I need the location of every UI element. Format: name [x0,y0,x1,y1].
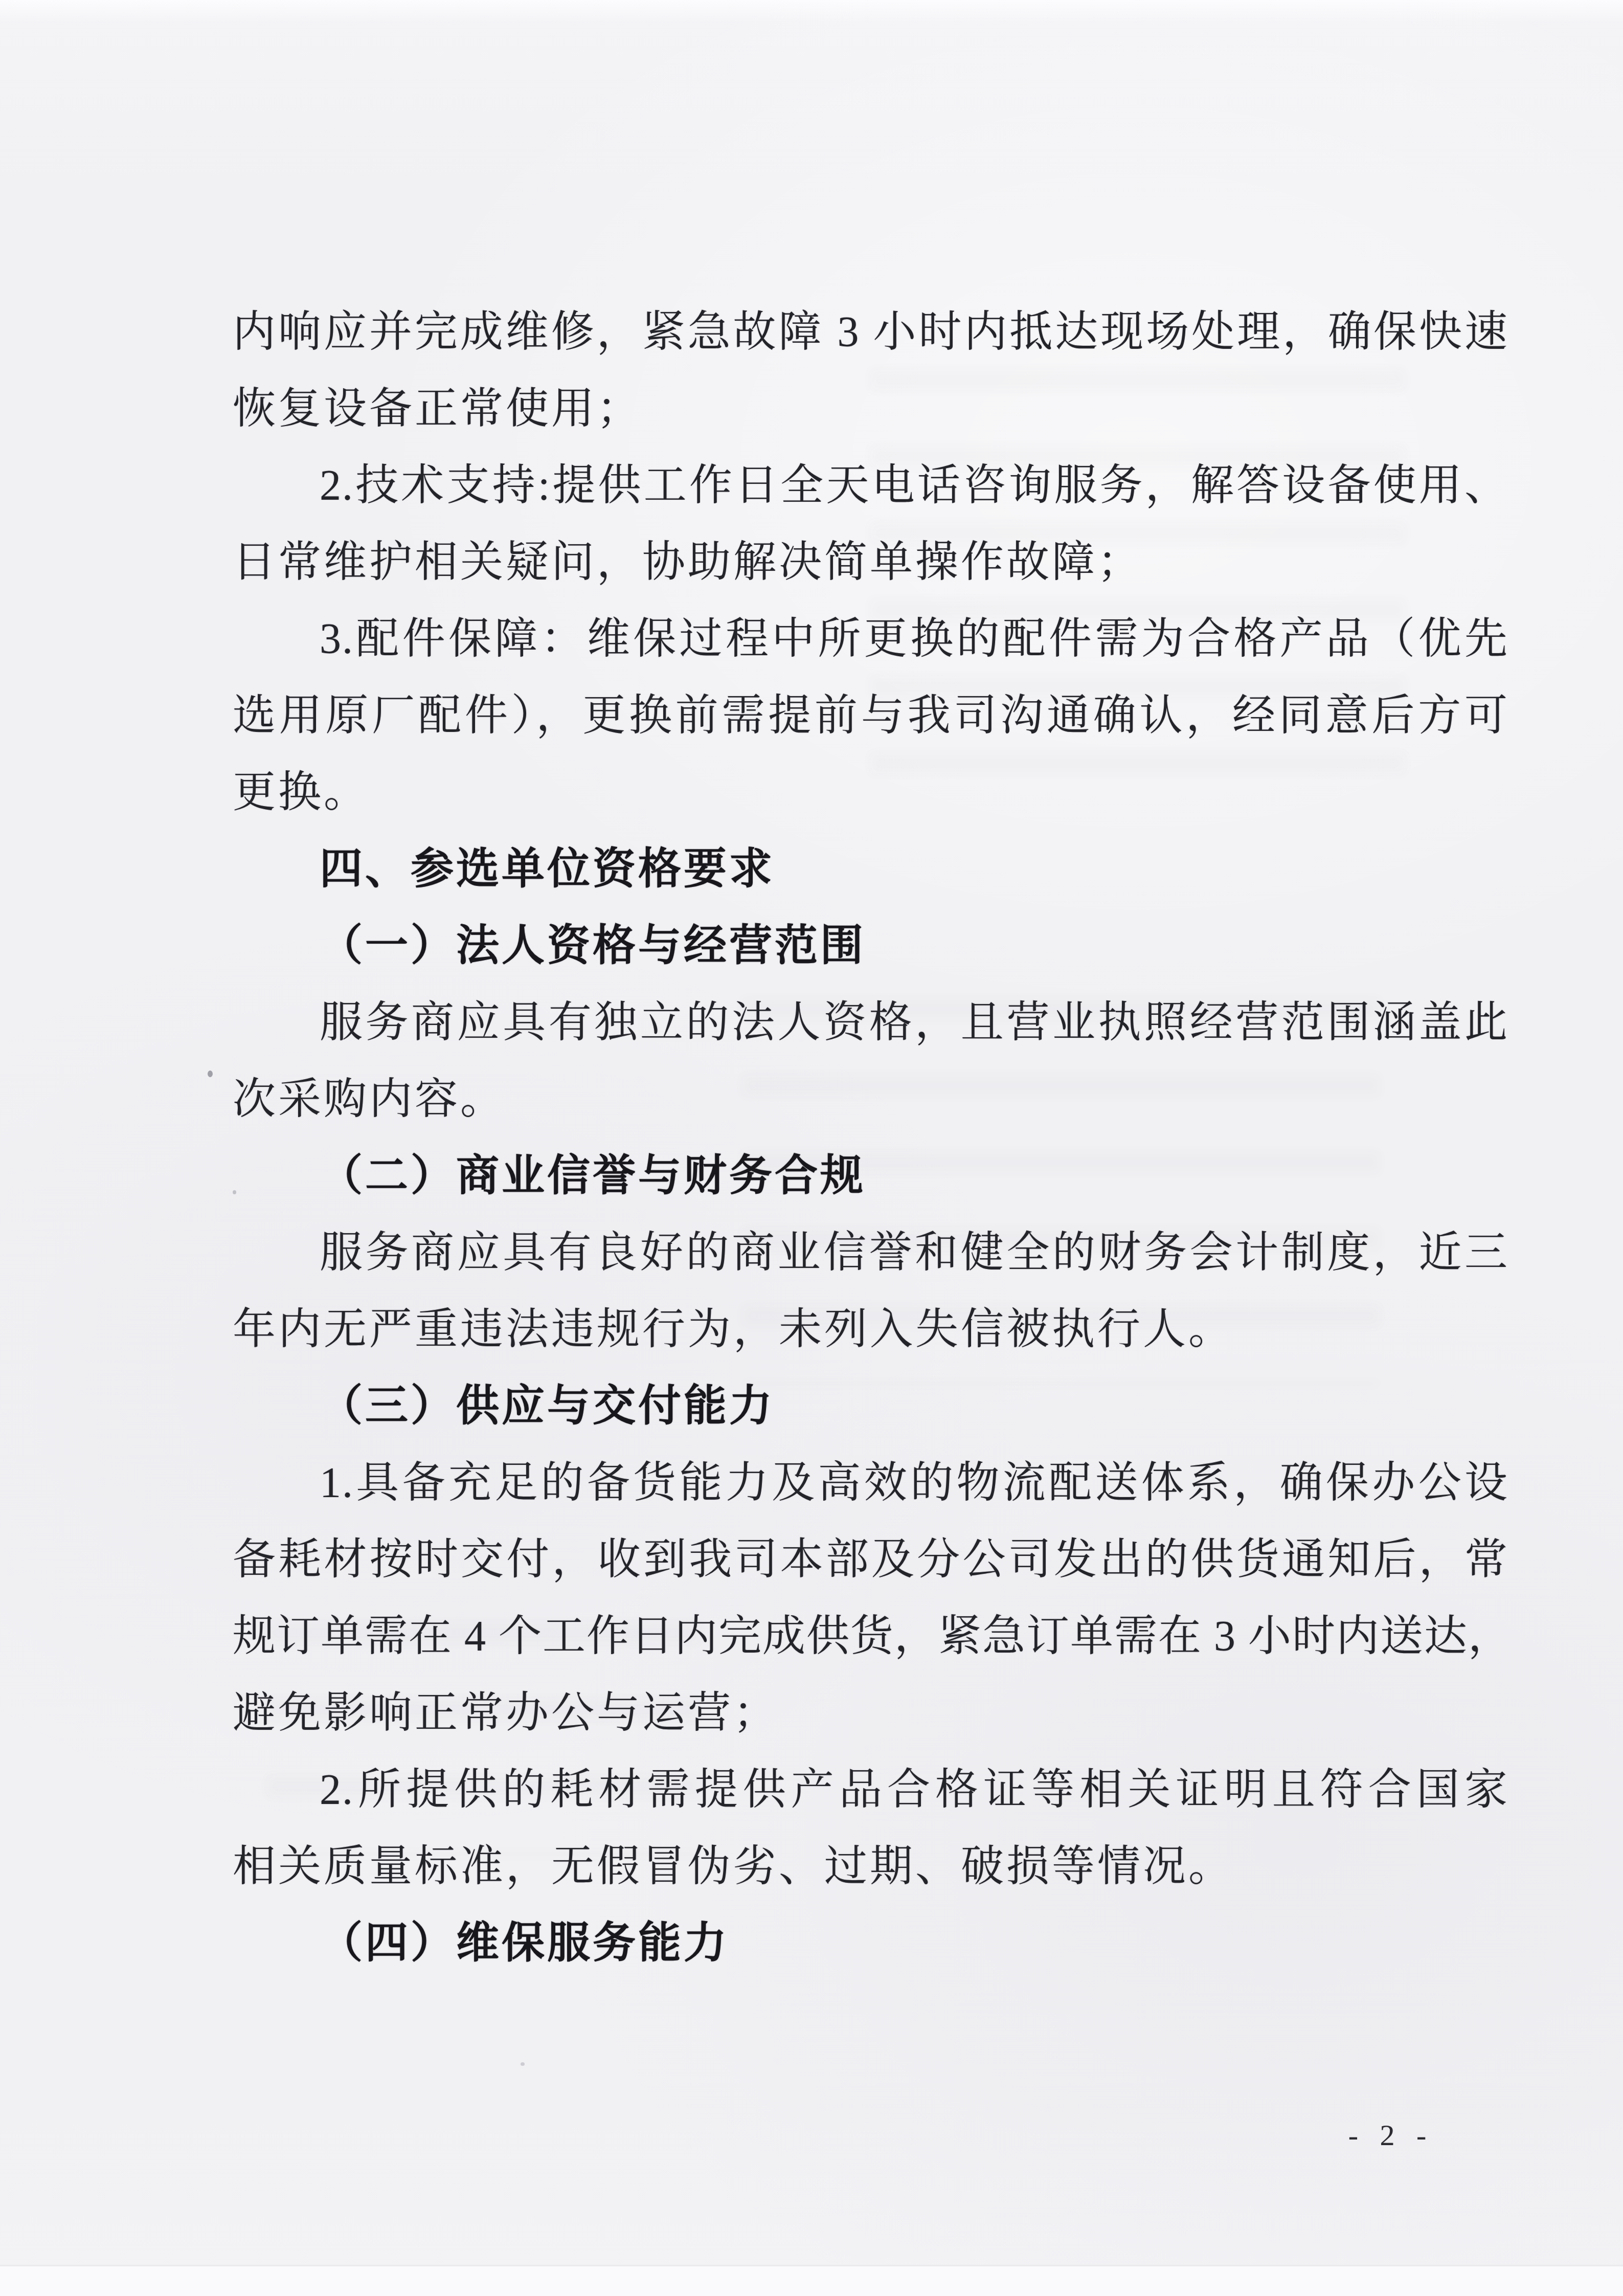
scan-speck [521,2062,525,2066]
para-item-2-tech-support-line-2: 日常维护相关疑问，协助解决简单操作故障； [233,524,1508,601]
para-supply-item-1-line-1: 1.具备充足的备货能力及高效的物流配送体系，确保办公设 [233,1445,1508,1522]
para-item-3-parts-line-1: 3.配件保障：维保过程中所更换的配件需为合格产品（优先 [233,601,1508,678]
para-item-3-parts-line-3: 更换。 [233,754,1508,831]
para-maintenance-response-line-2: 内响应并完成维修，紧急故障 3 小时内抵达现场处理，确保快速 [233,294,1508,371]
document-page: 内响应并完成维修，紧急故障 3 小时内抵达现场处理，确保快速 恢复设备正常使用；… [0,0,1623,2296]
para-supply-item-1-line-2: 备耗材按时交付，收到我司本部及分公司发出的供货通知后，常 [233,1522,1508,1598]
scan-bottom-edge [0,2265,1623,2296]
para-supply-item-1-line-4: 避免影响正常办公与运营； [233,1675,1508,1752]
para-item-2-tech-support-line-1: 2.技术支持:提供工作日全天电话咨询服务，解答设备使用、 [233,448,1508,524]
para-credit-line-1: 服务商应具有良好的商业信誉和健全的财务会计制度，近三 [233,1215,1508,1291]
scan-top-edge [0,0,1623,23]
para-credit-line-2: 年内无严重违法违规行为，未列入失信被执行人。 [233,1291,1508,1368]
subheading-4-maintenance-capability: （四）维保服务能力 [233,1905,1508,1982]
page-number: - 2 - [1314,2112,1468,2158]
para-supply-item-2-line-1: 2.所提供的耗材需提供产品合格证等相关证明且符合国家 [233,1752,1508,1829]
scan-speck [208,1071,213,1077]
subheading-3-supply-delivery: （三）供应与交付能力 [233,1368,1508,1445]
document-body: 内响应并完成维修，紧急故障 3 小时内抵达现场处理，确保快速 恢复设备正常使用；… [233,294,1508,1982]
para-legal-line-1: 服务商应具有独立的法人资格，且营业执照经营范围涵盖此 [233,985,1508,1061]
para-item-3-parts-line-2: 选用原厂配件），更换前需提前与我司沟通确认，经同意后方可 [233,678,1508,754]
scanned-document-screenshot: { "doc": { "lines": [ "内响应并完成维修，紧急故障 3 小… [0,0,1623,2296]
para-supply-item-1-line-3: 规订单需在 4 个工作日内完成供货，紧急订单需在 3 小时内送达， [233,1598,1508,1675]
heading-section-4-qualification: 四、参选单位资格要求 [233,831,1508,908]
subheading-2-credit-finance: （二）商业信誉与财务合规 [233,1138,1508,1215]
para-supply-item-2-line-2: 相关质量标准，无假冒伪劣、过期、破损等情况。 [233,1829,1508,1905]
para-legal-line-2: 次采购内容。 [233,1061,1508,1138]
subheading-1-legal-qualification: （一）法人资格与经营范围 [233,908,1508,985]
para-maintenance-response-line-3: 恢复设备正常使用； [233,371,1508,448]
